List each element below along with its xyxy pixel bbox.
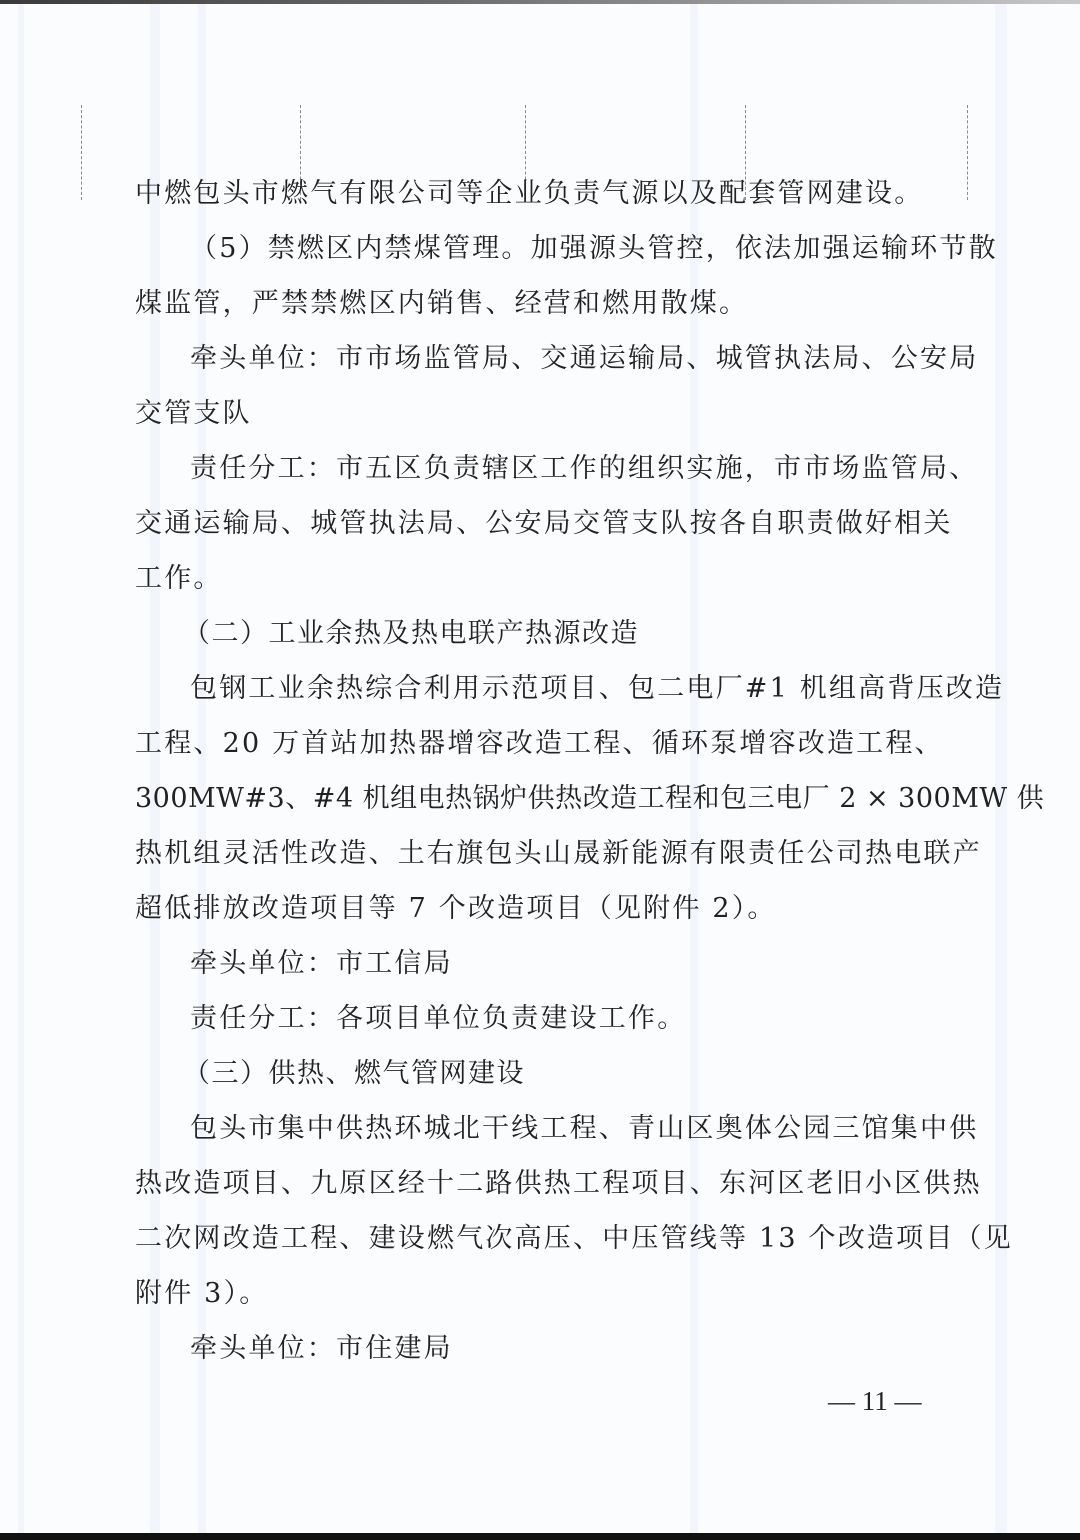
scan-artifact-stripe (18, 4, 24, 1533)
binding-dash-line (967, 105, 968, 200)
paragraph-line: 煤监管，严禁禁燃区内销售、经营和燃用散煤。 (135, 287, 940, 321)
paragraph-line: 中燃包头市燃气有限公司等企业负责气源以及配套管网建设。 (135, 177, 940, 211)
lead-unit-line: 交管支队 (135, 397, 940, 431)
paragraph-line: 超低排放改造项目等 7 个改造项目（见附件 2）。 (135, 892, 940, 926)
paragraph-line: （5）禁燃区内禁煤管理。加强源头管控，依法加强运输环节散 (190, 232, 940, 266)
paragraph-line: 二次网改造工程、建设燃气次高压、中压管线等 13 个改造项目（见 (135, 1222, 940, 1256)
scan-top-edge (0, 0, 1080, 4)
paragraph-line: 包头市集中供热环城北干线工程、青山区奥体公园三馆集中供 (190, 1112, 940, 1146)
binding-dash-line (81, 105, 82, 200)
scan-bottom-edge (0, 1533, 1080, 1540)
responsibility-line: 责任分工：各项目单位负责建设工作。 (190, 1002, 940, 1036)
paragraph-line: 附件 3）。 (135, 1277, 940, 1311)
responsibility-line: 交通运输局、城管执法局、公安局交管支队按各自职责做好相关 (135, 507, 940, 541)
responsibility-line: 责任分工：市五区负责辖区工作的组织实施，市市场监管局、 (190, 452, 940, 486)
paragraph-line: 工程、20 万首站加热器增容改造工程、循环泵增容改造工程、 (135, 727, 940, 761)
responsibility-line: 工作。 (135, 562, 940, 596)
page-number: — 11 — (828, 1385, 922, 1417)
paragraph-line: 300MW#3、#4 机组电热锅炉供热改造工程和包三电厂 2 × 300MW 供 (135, 782, 940, 816)
section-heading: （二）工业余热及热电联产热源改造 (183, 617, 988, 651)
lead-unit-line: 牵头单位：市工信局 (190, 947, 940, 981)
paragraph-line: 热机组灵活性改造、土右旗包头山晟新能源有限责任公司热电联产 (135, 837, 940, 871)
paragraph-line: 包钢工业余热综合利用示范项目、包二电厂#1 机组高背压改造 (190, 672, 940, 706)
paragraph-line: 热改造项目、九原区经十二路供热工程项目、东河区老旧小区供热 (135, 1167, 940, 1201)
lead-unit-line: 牵头单位：市市场监管局、交通运输局、城管执法局、公安局 (190, 342, 940, 376)
lead-unit-line: 牵头单位：市住建局 (190, 1332, 940, 1366)
document-page: 中燃包头市燃气有限公司等企业负责气源以及配套管网建设。 （5）禁燃区内禁煤管理。… (0, 0, 1080, 1540)
section-heading: （三）供热、燃气管网建设 (183, 1057, 988, 1091)
